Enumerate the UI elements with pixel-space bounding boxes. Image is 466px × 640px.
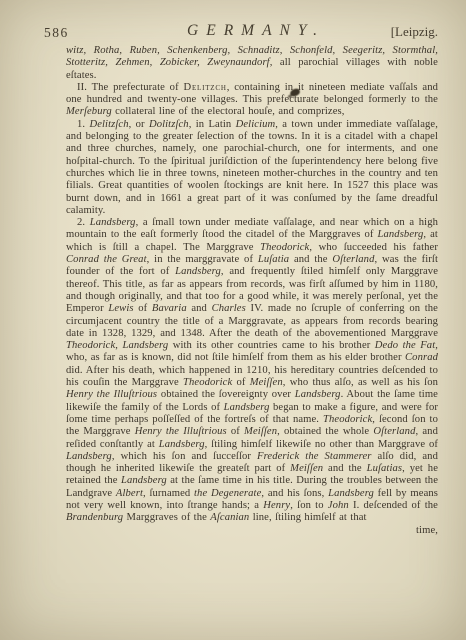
text-run: Albert [116, 488, 143, 499]
text-run: and the [289, 254, 332, 265]
text-run: collateral line of the electoral houſe, … [112, 106, 345, 117]
paragraph-container: witz, Rotha, Ruben, Schenkenberg, Schnad… [66, 45, 438, 525]
text-run: Landsberg [224, 402, 270, 413]
text-run: Landsberg [90, 217, 136, 228]
text-run: , ſon to [290, 500, 328, 511]
text-run: Meiſſen [290, 463, 323, 474]
text-run: Bavaria [152, 303, 187, 314]
text-run: Brandenburg [66, 512, 123, 523]
text-run: , or [129, 119, 149, 130]
text-run: Landsberg [122, 340, 168, 351]
text-run: Landsberg [295, 389, 341, 400]
text-run: 1. [77, 119, 89, 130]
text-run: Theodorick [66, 340, 115, 351]
text-run: Landsberg [175, 266, 221, 277]
text-run: 2. [77, 217, 90, 228]
running-header-section: [Leipzig. [391, 24, 438, 40]
text-run: , ſurnamed [143, 488, 194, 499]
text-run: Luſatia [258, 254, 289, 265]
page-body: witz, Rotha, Ruben, Schenkenberg, Schnad… [66, 45, 438, 537]
paragraph: witz, Rotha, Ruben, Schenkenberg, Schnad… [66, 45, 438, 82]
text-run: the Degenerate [194, 488, 261, 499]
text-run: Conrad [405, 352, 438, 363]
text-run: and the [323, 463, 366, 474]
book-page: 586 GERMANY. [Leipzig. witz, Rotha, Rube… [0, 0, 466, 640]
text-run: Theodorick [183, 377, 232, 388]
text-run: Merſeburg [66, 106, 112, 117]
text-run: Dedo the Fat [375, 340, 435, 351]
text-run: Delicium [236, 119, 276, 130]
text-run: Delitzſch [89, 119, 128, 130]
text-run: Henry [263, 500, 290, 511]
text-run: I. deſcended of the [349, 500, 438, 511]
text-run: Charles [212, 303, 246, 314]
text-run: Landsberg [328, 488, 374, 499]
text-run: Conrad the Great [66, 254, 147, 265]
text-run: Landsberg [159, 439, 205, 450]
text-run: Landsberg [66, 451, 112, 462]
text-run: Theodorick [260, 242, 309, 253]
running-title: GERMANY. [66, 22, 438, 40]
text-run: II. The prefecturate of [77, 82, 184, 93]
text-run: Meiſſen [244, 426, 277, 437]
text-run: Dolitzſch [149, 119, 189, 130]
text-run: with its other countries came to his bro… [168, 340, 375, 351]
text-run: Meiſſen [250, 377, 283, 388]
text-run: Luſatias [367, 463, 403, 474]
text-run: Landsberg [121, 475, 167, 486]
text-run: Marggraves of the [123, 512, 210, 523]
text-run: Oſterland [373, 426, 415, 437]
paragraph: 2. Landsberg, a ſmall town under mediate… [66, 217, 438, 524]
text-run: , a town under immediate vaſſalage, and … [66, 119, 438, 216]
text-run: , who ſucceeded his father [309, 242, 438, 253]
paragraph: II. The prefecturate of Delitzch, contai… [66, 82, 438, 119]
running-header: 586 GERMANY. [Leipzig. [66, 22, 438, 42]
text-run: Frederick the Stammerer [257, 451, 372, 462]
paragraph: 1. Delitzſch, or Dolitzſch, in Latin Del… [66, 119, 438, 217]
text-run: Theodorick [323, 414, 372, 425]
text-run: Aſcanian [210, 512, 249, 523]
text-run: Lewis [108, 303, 133, 314]
text-run: , obtained the whole [277, 426, 373, 437]
text-run: , in Latin [189, 119, 236, 130]
catchword: time, [66, 525, 438, 537]
page-number: 586 [44, 25, 69, 41]
text-run: line, ſtiling himſelf at that [249, 512, 366, 523]
text-run: Landsberg [378, 229, 424, 240]
text-run: , which his ſon and ſucceſſor [112, 451, 257, 462]
text-run: of [227, 426, 244, 437]
text-run: John [328, 500, 349, 511]
text-run: Delitzch [184, 82, 227, 93]
text-run: , and his ſons, [261, 488, 328, 499]
text-run: of [134, 303, 152, 314]
text-run: Henry the Illuſtrious [66, 389, 157, 400]
text-run: , in the marggravate of [147, 254, 258, 265]
text-run: of [232, 377, 249, 388]
text-run: , who thus alſo, as well as his ſon [283, 377, 438, 388]
text-run: Henry the Illuſtrious [135, 426, 227, 437]
text-run: , ſtiling himſelf likewiſe no other than… [205, 439, 438, 450]
text-run: obtained the ſovereignty over [157, 389, 295, 400]
text-run: and [187, 303, 212, 314]
text-run: Oſterland [332, 254, 374, 265]
